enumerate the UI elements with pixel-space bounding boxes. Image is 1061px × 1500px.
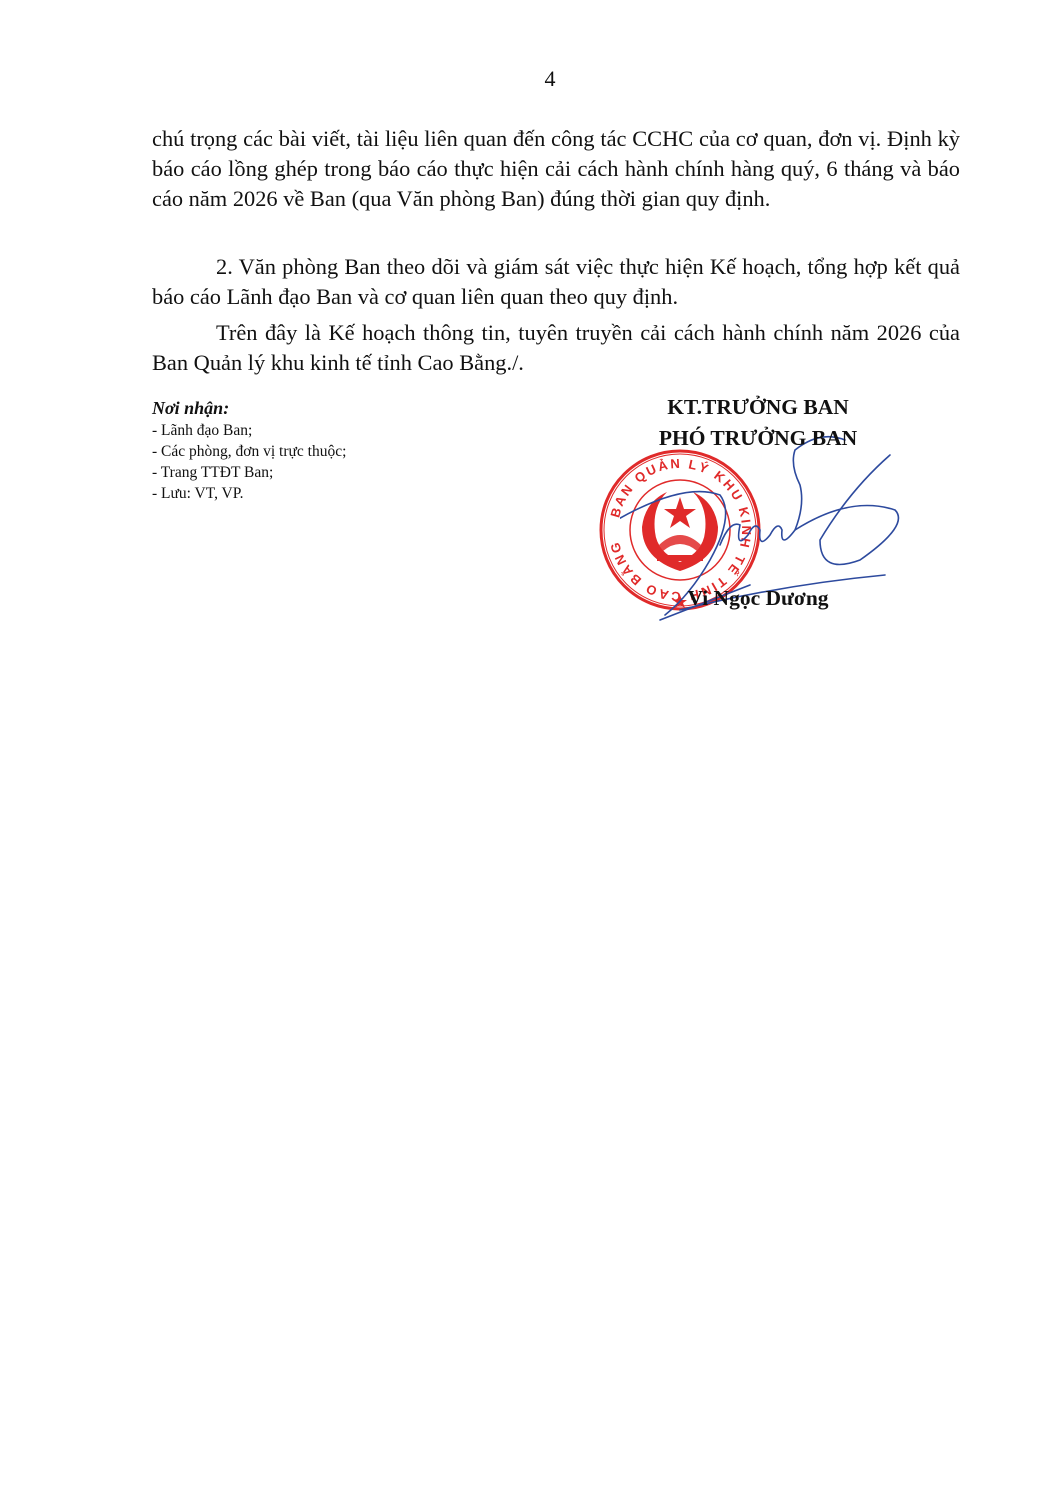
signer-position-2: PHÓ TRƯỞNG BAN (600, 423, 916, 454)
recipient-item: - Các phòng, đơn vị trực thuộc; (152, 441, 346, 462)
signature-block: KT.TRƯỞNG BAN PHÓ TRƯỞNG BAN Vi Ngọc Dươ… (600, 392, 916, 454)
recipient-item: - Lưu: VT, VP. (152, 483, 346, 504)
paragraph-1: chú trọng các bài viết, tài liệu liên qu… (152, 124, 960, 214)
recipients-title: Nơi nhận: (152, 396, 346, 420)
recipient-item: - Trang TTĐT Ban; (152, 462, 346, 483)
page-number: 4 (0, 66, 1061, 92)
paragraph-3: Trên đây là Kế hoạch thông tin, tuyên tr… (152, 318, 960, 378)
signer-position-1: KT.TRƯỞNG BAN (600, 392, 916, 423)
paragraph-2: 2. Văn phòng Ban theo dõi và giám sát vi… (152, 252, 960, 312)
recipients-block: Nơi nhận: - Lãnh đạo Ban; - Các phòng, đ… (152, 396, 346, 504)
signer-name: Vi Ngọc Dương (600, 586, 916, 611)
recipient-item: - Lãnh đạo Ban; (152, 420, 346, 441)
